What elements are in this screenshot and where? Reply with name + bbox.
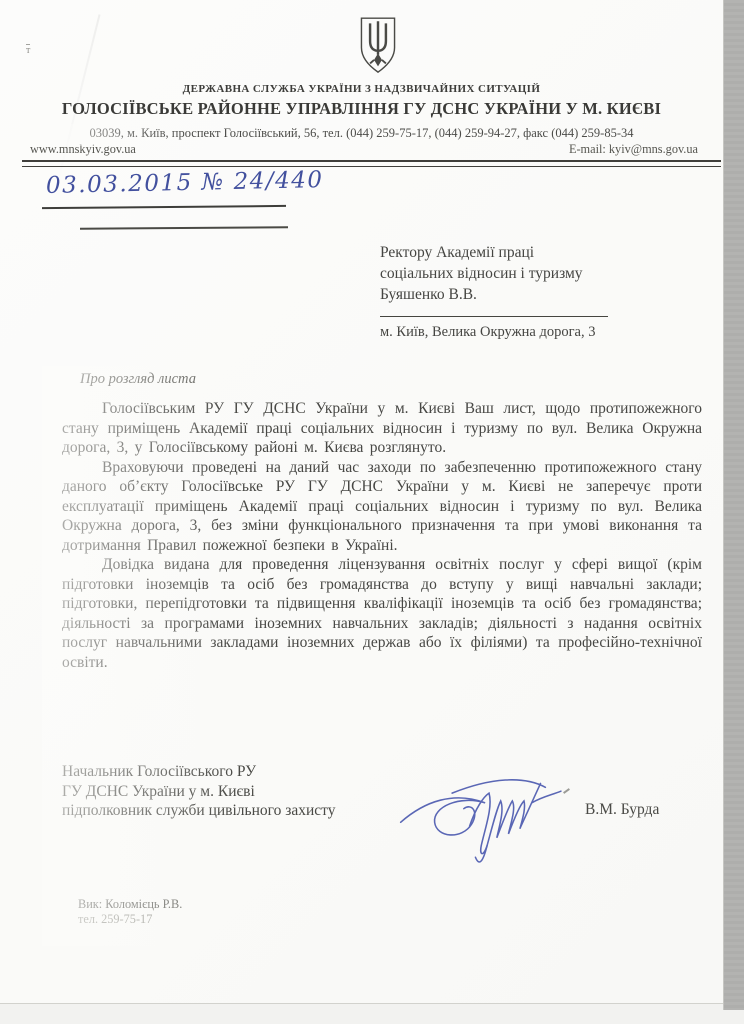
signatory-title-line: ГУ ДСНС України у м. Києві <box>62 782 336 802</box>
subject-line: Про розгляд листа <box>80 371 196 388</box>
organization-title: ГОЛОСІЇВСЬКЕ РАЙОННЕ УПРАВЛІННЯ ГУ ДСНС … <box>0 99 723 119</box>
scanner-edge-strip <box>723 0 744 1010</box>
executor-name: Вик: Коломієць Р.В. <box>78 897 182 912</box>
recipient-line: Ректору Академії праці <box>380 242 630 263</box>
recipient-underline <box>380 316 608 317</box>
reference-underline-1 <box>42 205 286 209</box>
letterhead-divider <box>22 160 721 167</box>
ukraine-trident-emblem <box>354 16 402 75</box>
handwritten-signature <box>396 764 584 866</box>
letter-body: Голосіївським РУ ГУ ДСНС України у м. Ки… <box>62 399 702 672</box>
recipient-block: Ректору Академії праці соціальних віднос… <box>380 242 630 343</box>
website-text: www.mnskyiv.gov.ua <box>30 142 136 157</box>
executor-footer: Вик: Коломієць Р.В. тел. 259-75-17 <box>78 897 182 927</box>
contact-row: www.mnskyiv.gov.ua E-mail: kyiv@mns.gov.… <box>30 142 698 157</box>
scan-pencil-mark: т <box>26 44 30 56</box>
agency-name: ДЕРЖАВНА СЛУЖБА УКРАЇНИ З НАДЗВИЧАЙНИХ С… <box>0 83 723 95</box>
recipient-line: Буяшенко В.В. <box>380 284 630 305</box>
recipient-address: м. Київ, Велика Окружна дорога, 3 <box>380 322 630 343</box>
address-phone-line: 03039, м. Київ, проспект Голосіївський, … <box>0 126 723 141</box>
email-text: E-mail: kyiv@mns.gov.ua <box>569 142 698 157</box>
handwritten-date-number: 03.03.2015 № 24/440 <box>46 167 324 199</box>
body-paragraph: Враховуючи проведені на даний час заходи… <box>62 458 702 556</box>
body-paragraph: Голосіївським РУ ГУ ДСНС України у м. Ки… <box>62 399 702 458</box>
signatory-title-block: Начальник Голосіївського РУ ГУ ДСНС Укра… <box>62 762 336 821</box>
executor-phone: тел. 259-75-17 <box>78 912 182 927</box>
signatory-title-line: підполковник служби цивільного захисту <box>62 801 336 821</box>
signatory-title-line: Начальник Голосіївського РУ <box>62 762 336 782</box>
letter-paper: т ДЕРЖАВНА СЛУЖБА УКРАЇНИ З НАДЗВИЧАЙНИХ… <box>0 0 723 1004</box>
scanned-letter: т ДЕРЖАВНА СЛУЖБА УКРАЇНИ З НАДЗВИЧАЙНИХ… <box>0 0 744 1024</box>
signer-name: В.М. Бурда <box>585 801 659 819</box>
reference-underline-2 <box>80 226 288 229</box>
recipient-line: соціальних відносин і туризму <box>380 263 630 284</box>
body-paragraph: Довідка видана для проведення ліцензуван… <box>62 555 702 672</box>
